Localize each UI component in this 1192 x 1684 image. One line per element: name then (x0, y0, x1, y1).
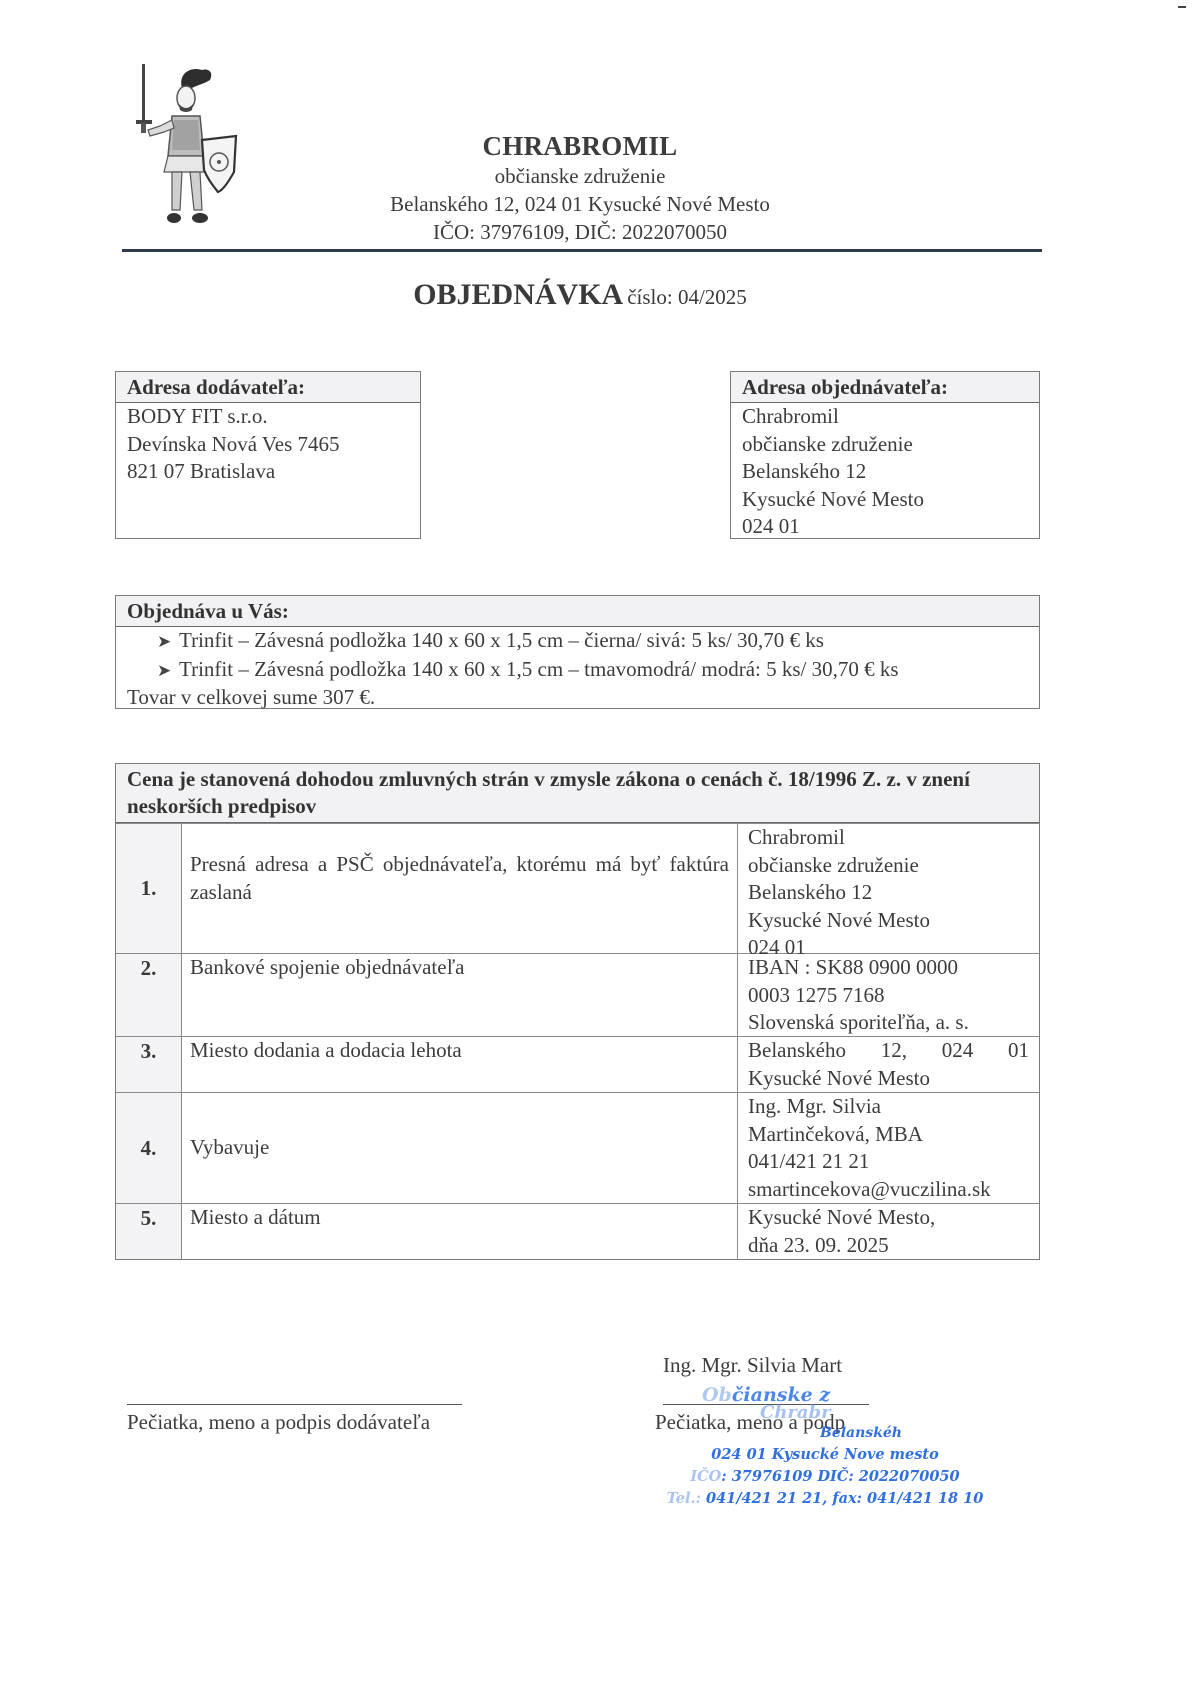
row-description: Vybavuje (182, 1093, 738, 1203)
arrow-bullet-icon: ➤ (157, 628, 179, 656)
order-items-heading: Objednáva u Vás: (116, 596, 1039, 627)
row-description: Miesto dodania a dodacia lehota (182, 1037, 738, 1092)
row-number: 1. (116, 824, 182, 953)
order-total: Tovar v celkovej sume 307 €. (127, 684, 1028, 712)
supplier-line: BODY FIT s.r.o. (127, 403, 409, 431)
buyer-line: občianske združenie (742, 431, 1028, 459)
table-row: 5. Miesto a dátum Kysucké Nové Mesto, dň… (116, 1203, 1039, 1259)
supplier-signature-line (127, 1404, 462, 1405)
row-number: 2. (116, 954, 182, 1036)
order-item: ➤Trinfit – Závesná podložka 140 x 60 x 1… (127, 627, 1028, 656)
table-row: 4. Vybavuje Ing. Mgr. Silvia Martinčekov… (116, 1092, 1039, 1203)
supplier-line: Devínska Nová Ves 7465 (127, 431, 409, 459)
order-item: ➤Trinfit – Závesná podložka 140 x 60 x 1… (127, 656, 1028, 685)
buyer-line: Belanského 12 (742, 458, 1028, 486)
header-divider (122, 249, 1042, 252)
supplier-line: 821 07 Bratislava (127, 458, 409, 486)
supplier-signature-label: Pečiatka, meno a podpis dodávateľa (127, 1410, 430, 1435)
organization-stamp: Občianske z Chrabr Belanskéh 024 01 Kysu… (640, 1384, 1010, 1510)
supplier-address-box: Adresa dodávateľa: BODY FIT s.r.o. Devín… (115, 371, 421, 539)
buyer-heading: Adresa objednávateľa: (731, 372, 1039, 403)
buyer-line: 024 01 (742, 513, 1028, 541)
terms-table: Cena je stanovená dohodou zmluvných strá… (115, 763, 1040, 1260)
knight-logo-icon (132, 60, 244, 230)
row-number: 4. (116, 1093, 182, 1203)
contact-email[interactable]: smartincekova@vuczilina.sk (748, 1176, 1029, 1204)
order-title: OBJEDNÁVKA číslo: 04/2025 (300, 278, 860, 312)
row-value: IBAN : SK88 0900 0000 0003 1275 7168 Slo… (738, 954, 1039, 1036)
buyer-line: Chrabromil (742, 403, 1028, 431)
row-description: Miesto a dátum (182, 1204, 738, 1259)
scan-corner-mark (1178, 6, 1186, 8)
table-row: 1. Presná adresa a PSČ objednávateľa, kt… (116, 823, 1039, 953)
buyer-line: Kysucké Nové Mesto (742, 486, 1028, 514)
buyer-address-box: Adresa objednávateľa: Chrabromil občians… (730, 371, 1040, 539)
row-value: Kysucké Nové Mesto, dňa 23. 09. 2025 (738, 1204, 1039, 1259)
row-value: Belanského 12, 024 01 Kysucké Nové Mesto (738, 1037, 1039, 1092)
order-number: číslo: 04/2025 (627, 285, 747, 309)
row-description: Presná adresa a PSČ objednávateľa, ktoré… (182, 824, 738, 953)
table-row: 3. Miesto dodania a dodacia lehota Belan… (116, 1036, 1039, 1092)
row-description: Bankové spojenie objednávateľa (182, 954, 738, 1036)
row-number: 5. (116, 1204, 182, 1259)
terms-heading: Cena je stanovená dohodou zmluvných strá… (116, 764, 1039, 823)
org-type: občianske združenie (300, 162, 860, 190)
table-row: 2. Bankové spojenie objednávateľa IBAN :… (116, 953, 1039, 1036)
arrow-bullet-icon: ➤ (157, 657, 179, 685)
row-value: Ing. Mgr. Silvia Martinčeková, MBA 041/4… (738, 1093, 1039, 1203)
supplier-heading: Adresa dodávateľa: (116, 372, 420, 403)
org-ids: IČO: 37976109, DIČ: 2022070050 (300, 218, 860, 246)
order-items-box: Objednáva u Vás: ➤Trinfit – Závesná podl… (115, 595, 1040, 709)
row-number: 3. (116, 1037, 182, 1092)
org-header: CHRABROMIL občianske združenie Belanskéh… (300, 130, 860, 246)
row-value: Chrabromil občianske združenie Belanskéh… (738, 824, 1039, 953)
buyer-signatory-name: Ing. Mgr. Silvia Mart (663, 1353, 869, 1378)
org-address: Belanského 12, 024 01 Kysucké Nové Mesto (300, 190, 860, 218)
org-name: CHRABROMIL (300, 130, 860, 162)
order-title-text: OBJEDNÁVKA (413, 278, 623, 311)
